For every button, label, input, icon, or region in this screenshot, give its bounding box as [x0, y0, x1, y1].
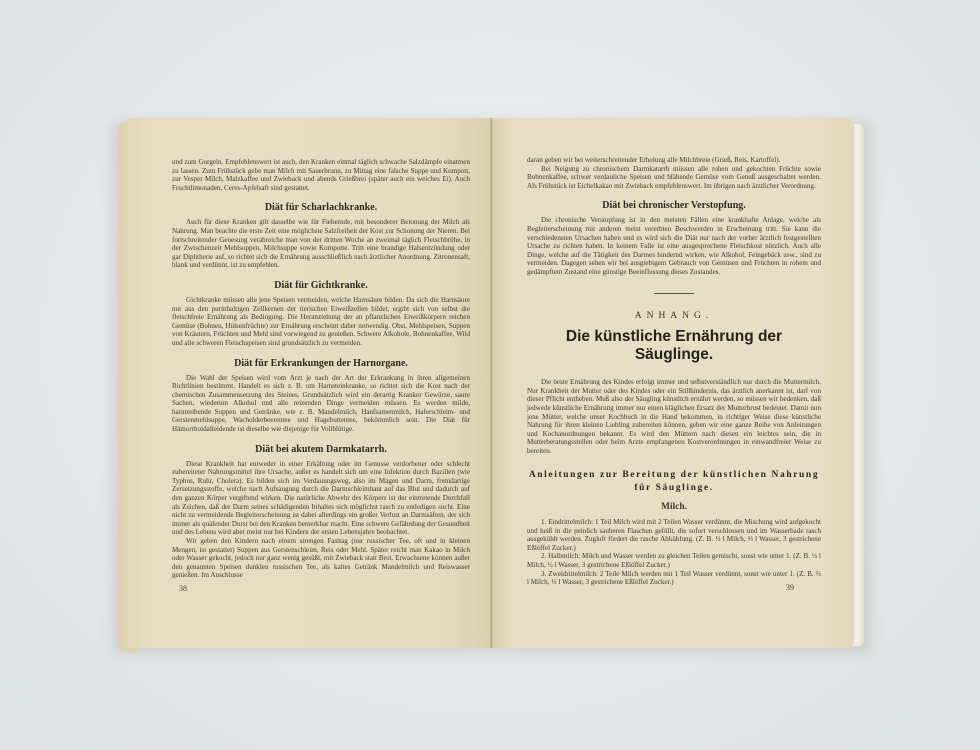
book-spine: [490, 118, 493, 648]
page-number-right: 39: [786, 583, 794, 592]
list-item: 1. Eindrittelmilch: 1 Teil Milch wird mi…: [527, 518, 821, 552]
subheading-milk: Milch.: [527, 503, 821, 512]
paragraph: Die chronische Verstopfung ist in den me…: [527, 216, 821, 276]
section-heading: Diät für Gichtkranke.: [172, 280, 470, 292]
section-heading: Diät für Scharlachkranke.: [172, 202, 470, 214]
instructions-title: Anleitungen zur Bereitung der künstliche…: [527, 469, 821, 495]
list-item: 3. Zweidrittelmilch: 2 Teile Milch werde…: [527, 570, 821, 587]
paragraph: Diese Krankheit hat entweder in einer Er…: [172, 460, 470, 537]
paragraph: daran geben wir bei weiterschreitender E…: [527, 156, 821, 165]
paragraph: Die Wahl der Speisen wird vom Arzt je na…: [172, 374, 470, 434]
list-item: 2. Halbmilch: Milch und Wasser werden zu…: [527, 552, 821, 569]
section-heading: Diät für Erkrankungen der Harnorgane.: [172, 358, 470, 370]
paragraph: Die beste Ernährung des Kindes erfolgt i…: [527, 378, 821, 455]
section-heading: Diät bei akutem Darmkatarrh.: [172, 444, 470, 456]
paragraph: und zum Gurgeln. Empfehlenswert ist auch…: [172, 158, 470, 192]
section-heading: Diät bei chronischer Verstopfung.: [527, 200, 821, 212]
paragraph: Auch für diese Kranken gilt dasselbe wie…: [172, 218, 470, 270]
paragraph: Wir geben den Kindern nach einem strenge…: [172, 537, 470, 580]
divider-rule: [654, 293, 694, 294]
appendix-label: ANHANG.: [527, 312, 821, 321]
appendix-title: Die künstliche Ernährung der Säuglinge.: [527, 328, 821, 364]
left-page-text: und zum Gurgeln. Empfehlenswert ist auch…: [172, 158, 470, 580]
right-page-text: daran geben wir bei weiterschreitender E…: [527, 156, 821, 587]
paragraph: Bei Neigung zu chronischem Darmkatarrh m…: [527, 165, 821, 191]
page-number-left: 38: [179, 584, 187, 593]
paragraph: Gichtkranke müssen alle jene Speisen ver…: [172, 296, 470, 348]
